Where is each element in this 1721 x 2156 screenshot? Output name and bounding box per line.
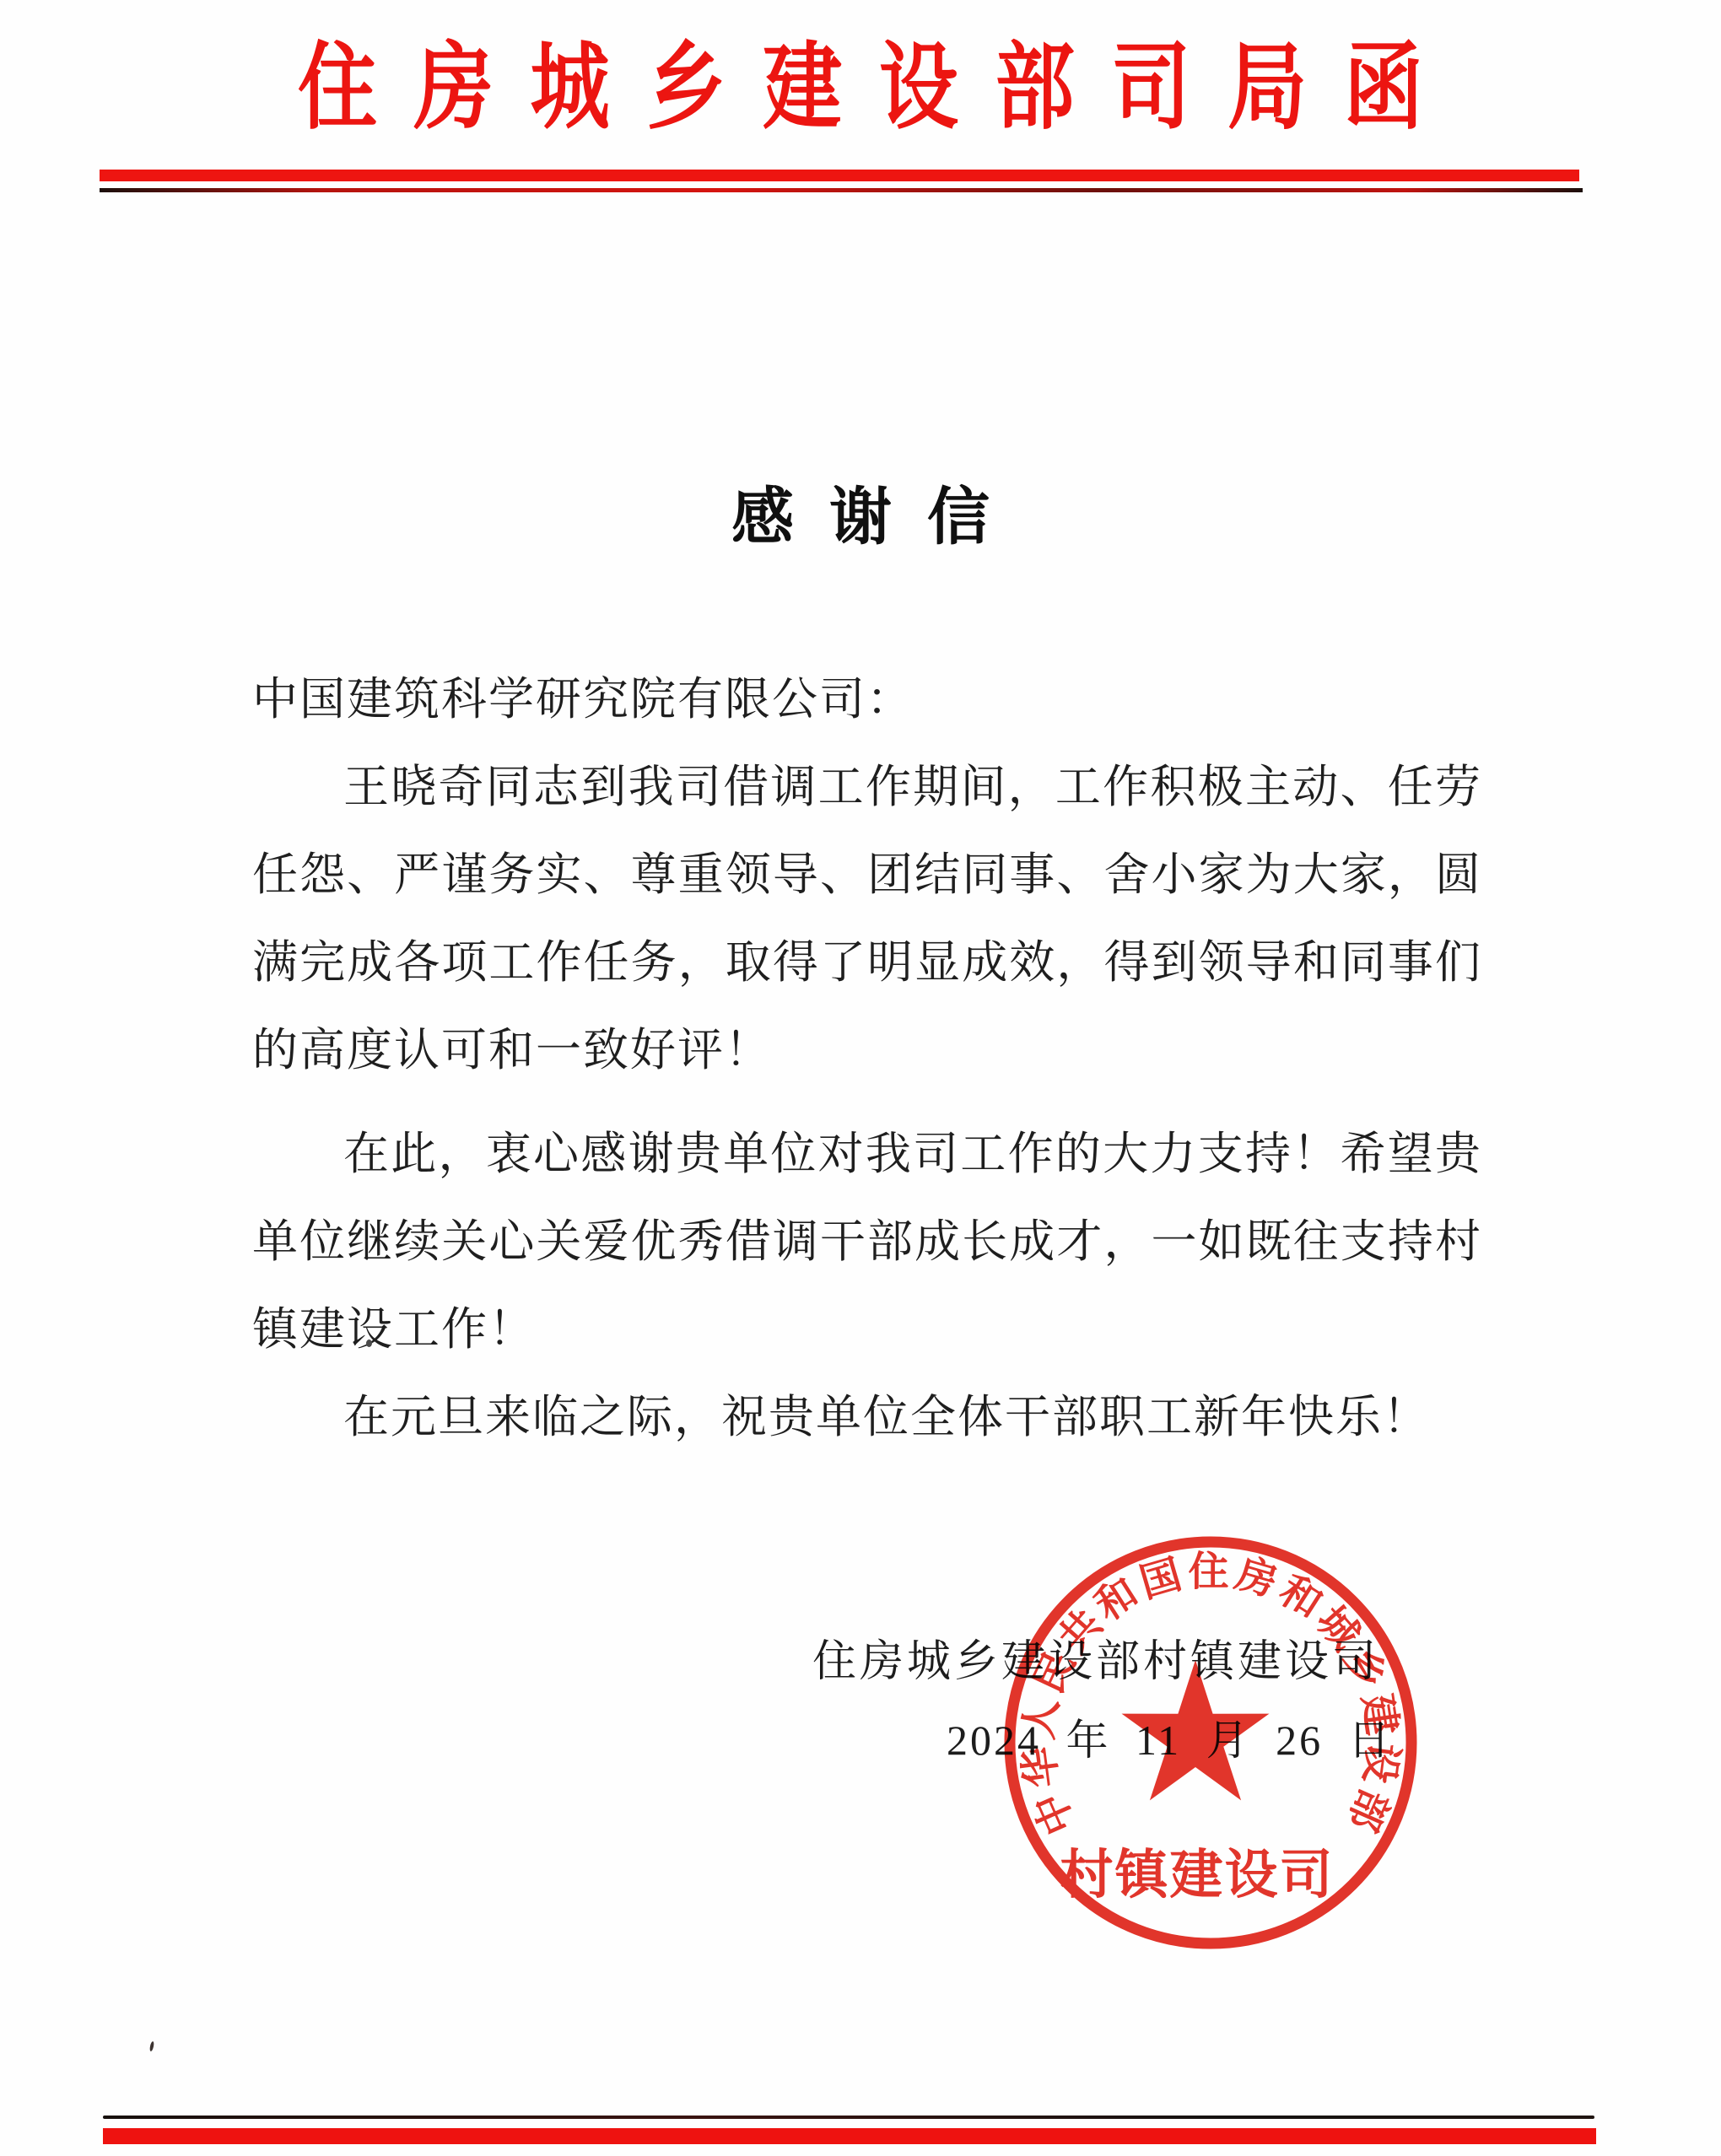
seal-star-icon [1122,1660,1270,1800]
letter-body: 中国建筑科学研究院有限公司： 王晓奇同志到我司借调工作期间，工作积极主动、任劳任… [252,655,1482,1461]
official-seal: 中华人民共和国住房和城乡建设部 村镇建设司 [1001,1535,1423,1957]
footer-rule-thick [103,2128,1596,2144]
paragraph-1: 王晓奇同志到我司借调工作期间，工作积极主动、任劳任怨、严谨务实、尊重领导、团结同… [252,743,1482,1094]
letter-page: 住房城乡建设部司局函 感谢信 中国建筑科学研究院有限公司： 王晓奇同志到我司借调… [0,0,1721,2156]
letterhead-rule-thick [100,170,1579,181]
paragraph-3: 在元旦来临之际，祝贵单位全体干部职工新年快乐！ [252,1373,1482,1461]
seal-bottom-text: 村镇建设司 [1060,1846,1335,1905]
salutation: 中国建筑科学研究院有限公司： [252,655,1482,743]
scan-artifact-dot [149,2041,154,2052]
document-title: 感谢信 [0,482,1721,553]
footer-rule-thin [103,2116,1594,2119]
letterhead-title: 住房城乡建设部司局函 [138,25,1583,152]
scan-artifact-dot [366,1339,372,1347]
letterhead-rule-thin [100,188,1583,192]
paragraph-2: 在此，衷心感谢贵单位对我司工作的大力支持！希望贵单位继续关心关爱优秀借调干部成长… [252,1110,1482,1373]
